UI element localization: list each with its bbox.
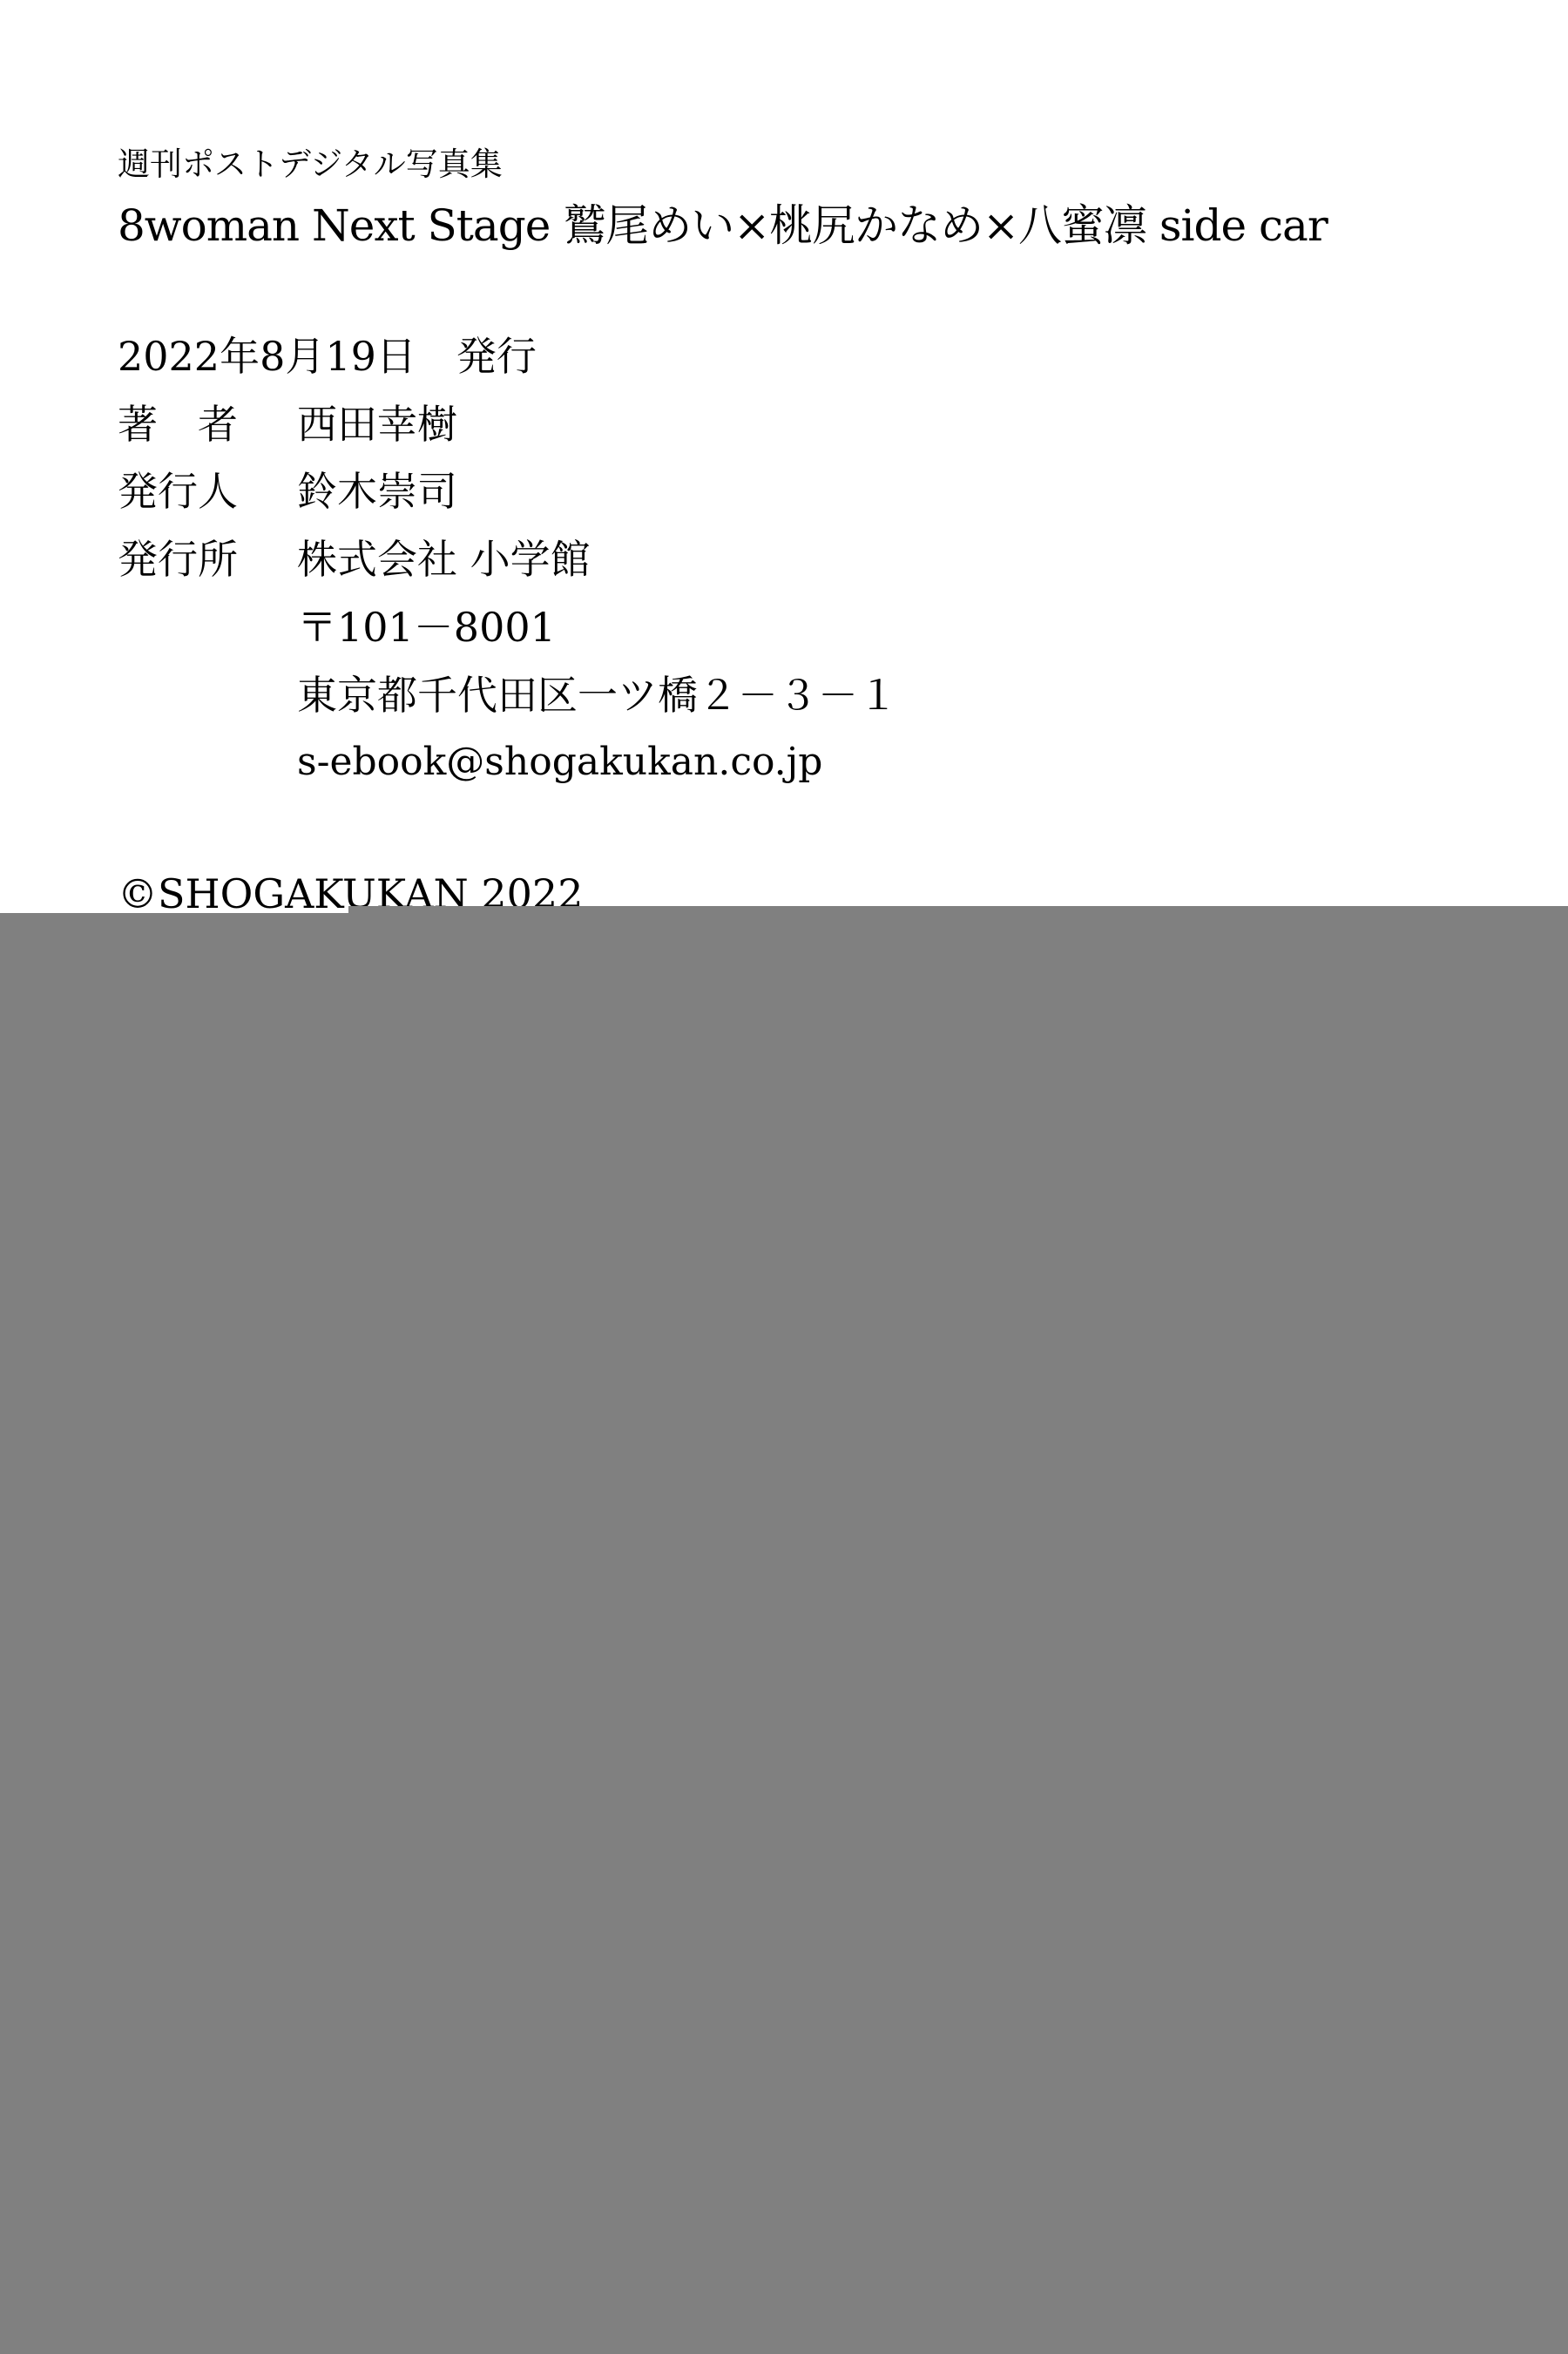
publisher-person-row: 発行人鈴木崇司: [118, 471, 457, 511]
publisher-company-label: 発行所: [118, 539, 297, 579]
publisher-company-row: 発行所株式会社 小学館: [118, 539, 591, 579]
address: 東京都千代田区一ツ橋２－３－１: [297, 675, 898, 715]
author-value: 西田幸樹: [297, 401, 457, 448]
publisher-person-label: 発行人: [118, 471, 297, 511]
redaction-block: [0, 913, 1568, 2354]
publisher-person-value: 鈴木崇司: [297, 468, 457, 515]
author-label: 著 者: [118, 404, 297, 444]
publisher-company-value: 株式会社 小学館: [297, 536, 591, 583]
colophon-page: 週刊ポストデジタル写真集 8woman Next Stage 鷲尾めい×桃尻かな…: [0, 0, 1568, 2354]
book-title: 8woman Next Stage 鷲尾めい×桃尻かなめ×八蜜凛 side ca…: [118, 204, 1328, 247]
author-row: 著 者西田幸樹: [118, 404, 457, 444]
series-name: 週刊ポストデジタル写真集: [118, 148, 503, 180]
postal-code: 〒101－8001: [297, 607, 556, 647]
publication-date: 2022年8月19日 発行: [118, 336, 537, 376]
contact-email: s-ebook@shogakukan.co.jp: [297, 743, 822, 781]
